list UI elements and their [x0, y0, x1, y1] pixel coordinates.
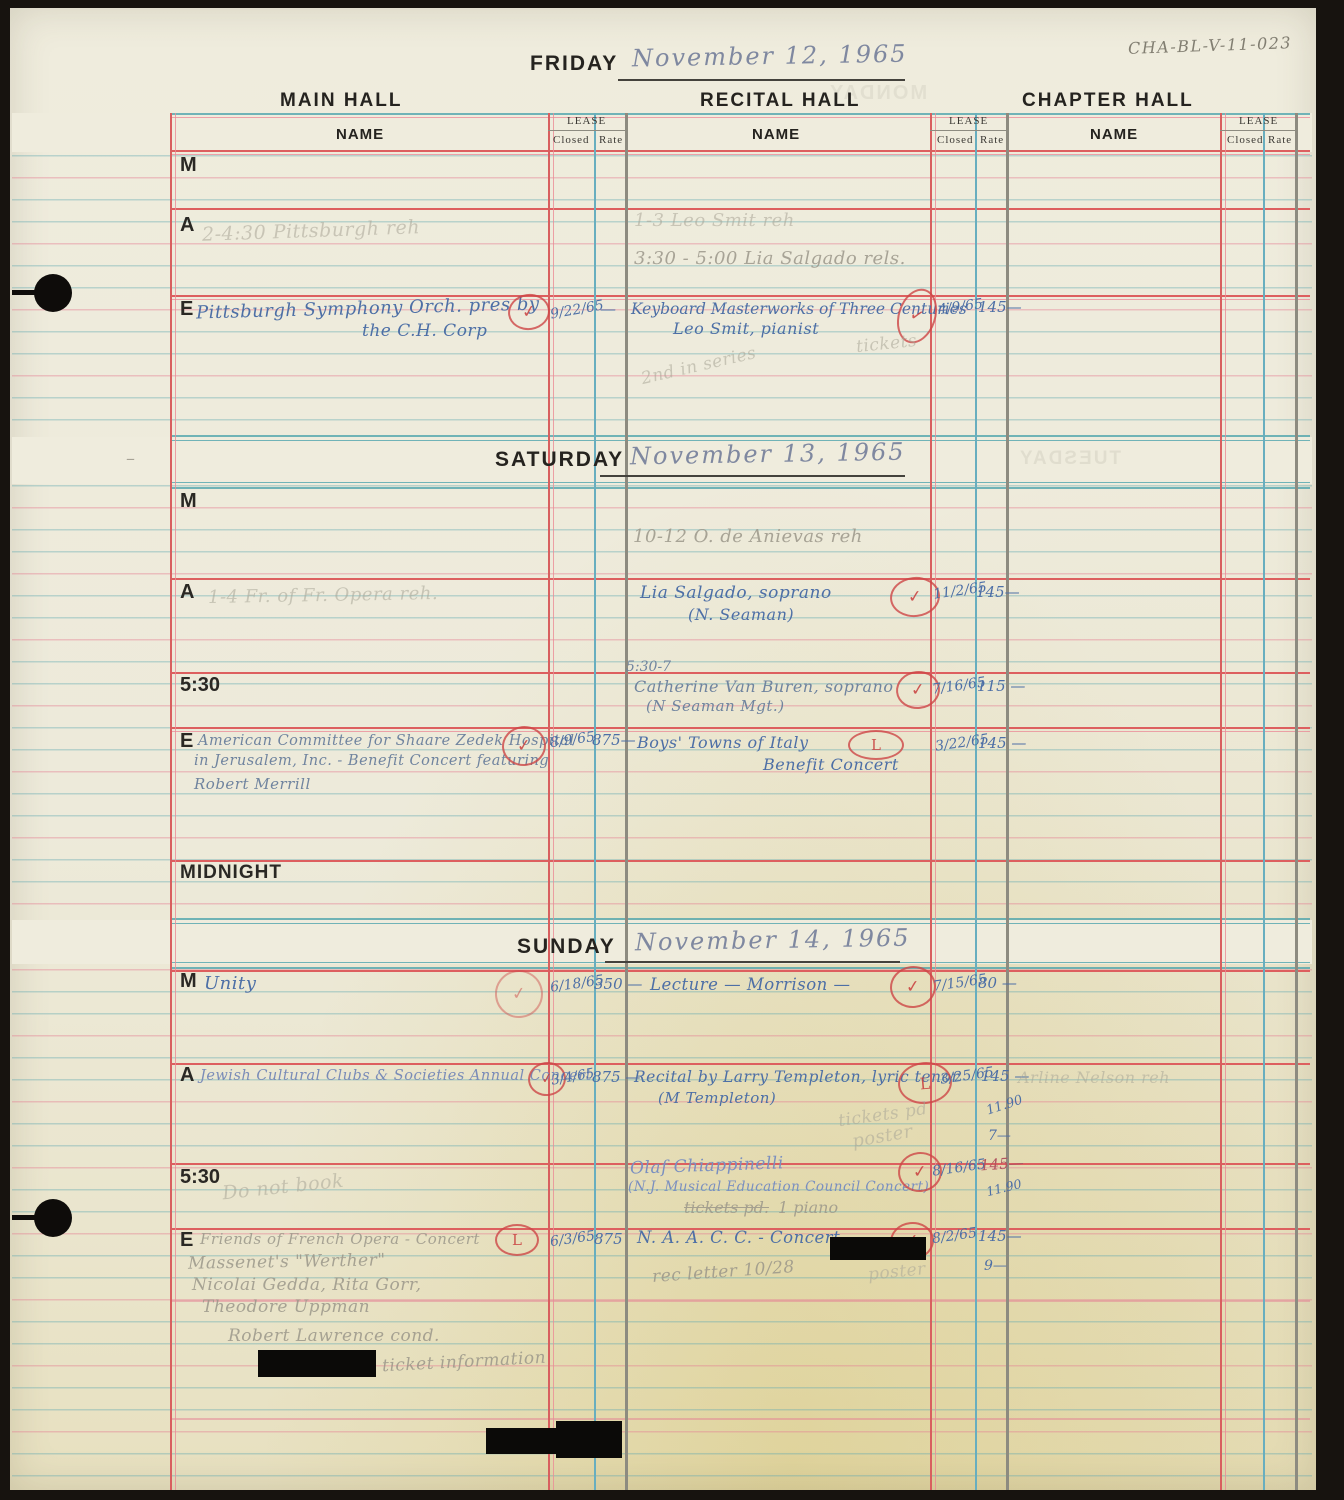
line: [170, 672, 1310, 674]
date-sunday: November 14, 1965: [635, 924, 911, 957]
amount: 9—: [984, 1258, 1007, 1274]
entry-saturday-recital-late: Catherine Van Buren, soprano: [634, 677, 894, 696]
row-label-e: E: [180, 730, 193, 753]
line: [170, 1418, 1310, 1420]
hall-header-chapter: CHAPTER HALL: [1022, 90, 1194, 112]
date-saturday: November 13, 1965: [630, 438, 906, 471]
note-struck: tickets pd.: [684, 1198, 769, 1217]
row-label-e: E: [180, 298, 193, 321]
line: [170, 578, 1310, 580]
column-line: [594, 113, 596, 1490]
entry-sunday-chapter-a: Arline Nelson reh: [1018, 1068, 1170, 1087]
rate-sunday-recital-late: 145—: [979, 1153, 1024, 1174]
hole-punch-tear: [12, 1215, 38, 1220]
entry-sunday-main-m: Unity: [204, 973, 256, 994]
closed-header-chapter: Closed: [1227, 134, 1264, 146]
redaction-box: [556, 1421, 622, 1458]
closed-header-recital: Closed: [937, 134, 974, 146]
line: [170, 117, 1310, 118]
row-label-a: A: [180, 581, 194, 604]
entry-saturday-recital-late-time: 5:30-7: [626, 659, 671, 675]
line: [170, 113, 1310, 115]
line: [170, 727, 1310, 729]
amount: 7—: [988, 1128, 1011, 1144]
day-label-sunday: SUNDAY: [517, 935, 616, 959]
col-name-recital: NAME: [752, 126, 800, 143]
date-friday: November 12, 1965: [632, 40, 908, 73]
check-glyph: ✓: [511, 983, 528, 1005]
rate-saturday-recital-a: 145—: [976, 583, 1020, 601]
line: [170, 154, 1310, 155]
check-glyph: ✓: [516, 735, 532, 756]
entry-sunday-main-e3: Nicolai Gedda, Rita Gorr,: [192, 1275, 422, 1295]
rate-saturday-main-e: 875—: [592, 731, 636, 749]
column-line: [170, 113, 172, 1490]
column-line: [548, 113, 550, 1490]
hall-header-main: MAIN HALL: [280, 90, 402, 112]
line: [170, 435, 1310, 437]
line: [170, 295, 1310, 297]
line: [170, 487, 1310, 489]
lease-underline: [1220, 130, 1295, 131]
entry-sunday-recital-m: Lecture — Morrison —: [650, 975, 851, 994]
lease-underline: [548, 130, 625, 131]
date-underline: [605, 961, 900, 963]
redaction-box: [830, 1237, 926, 1260]
entry-saturday-recital-late2: (N Seaman Mgt.): [646, 697, 785, 715]
row-label-530: 5:30: [180, 674, 220, 697]
hole-punch-tear: [12, 290, 38, 295]
line: [170, 967, 1310, 969]
lease-glyph: L: [871, 736, 881, 754]
entry-friday-recital-e2: Leo Smit, pianist: [673, 319, 819, 338]
check-glyph: ✓: [905, 976, 921, 997]
entry-sunday-main-e4: Theodore Uppman: [202, 1297, 370, 1317]
line: [170, 923, 1310, 924]
line: [170, 731, 1310, 732]
entry-saturday-recital-m: 10-12 O. de Anievas reh: [633, 526, 863, 547]
check-glyph: ✓: [912, 1161, 928, 1182]
rate-sunday-recital-e: 145—: [978, 1227, 1022, 1245]
row-label-a: A: [180, 214, 194, 237]
column-line: [1263, 113, 1265, 1490]
hole-punch: [34, 274, 72, 312]
line: [170, 860, 1310, 862]
check-glyph: ✓: [907, 304, 927, 327]
row-label-m: M: [180, 490, 197, 513]
lease-header-recital: LEASE: [949, 115, 988, 127]
row-label-midnight: MIDNIGHT: [180, 862, 282, 884]
column-line: [175, 113, 176, 1490]
section-divider: [1295, 113, 1298, 1490]
scanned-ledger-page: MONDAY TUESDAY CHA-BL-V-11-023 FRIDAY No…: [0, 0, 1344, 1500]
entry-friday-recital-a2: 3:30 - 5:00 Lia Salgado rels.: [634, 248, 906, 269]
date-underline: [618, 79, 905, 81]
col-name-main: NAME: [336, 126, 384, 143]
line: [170, 970, 1310, 972]
row-label-e: E: [180, 1229, 193, 1252]
rate-sunday-recital-m: 80 —: [978, 974, 1017, 992]
line: [170, 918, 1310, 920]
entry-sunday-recital-a2: (M Templeton): [658, 1089, 776, 1107]
rate-friday-main-e: —: [600, 299, 616, 318]
entry-saturday-recital-e: Boys' Towns of Italy: [637, 733, 809, 752]
entry-sunday-main-e5: Robert Lawrence cond.: [228, 1326, 440, 1346]
redaction-box: [486, 1428, 556, 1454]
redaction-box: [258, 1350, 376, 1377]
section-divider: [1006, 113, 1009, 1490]
check-glyph: ✓: [910, 679, 926, 700]
col-name-chapter: NAME: [1090, 126, 1138, 143]
rate-header-chapter: Rate: [1268, 134, 1292, 146]
column-line: [1225, 113, 1226, 1490]
hall-header-recital: RECITAL HALL: [700, 90, 861, 112]
check-glyph: ✓: [907, 586, 923, 607]
day-label-saturday: SATURDAY: [495, 448, 624, 472]
row-label-m: M: [180, 970, 197, 993]
day-label-friday: FRIDAY: [530, 52, 618, 76]
hole-punch: [34, 1199, 72, 1237]
entry-saturday-recital-a2: (N. Seaman): [688, 605, 794, 624]
row-label-a: A: [180, 1064, 194, 1087]
column-line: [975, 113, 977, 1490]
lease-glyph: L: [512, 1231, 522, 1249]
note-piano: 1 piano: [778, 1198, 838, 1217]
line: [170, 482, 1310, 483]
entry-friday-main-e2: the C.H. Corp: [362, 321, 487, 341]
lease-glyph: L: [919, 1073, 931, 1093]
date-underline: [600, 475, 905, 477]
lease-underline: [930, 130, 1006, 131]
line: [170, 1063, 1310, 1065]
entry-saturday-main-a: 1-4 Fr. of Fr. Opera reh.: [208, 583, 438, 608]
lease-header-chapter: LEASE: [1239, 115, 1278, 127]
entry-sunday-recital-late2: (N.J. Musical Education Council Concert): [628, 1179, 929, 1195]
margin-dash: –: [126, 448, 135, 469]
entry-saturday-recital-a: Lia Salgado, soprano: [640, 583, 832, 603]
entry-sunday-main-e: Friends of French Opera - Concert: [200, 1230, 480, 1248]
rate-friday-recital-e: 145—: [978, 298, 1022, 316]
ghost-bleed-text: TUESDAY: [1018, 448, 1121, 470]
closed-header-main: Closed: [553, 134, 590, 146]
line: [170, 150, 1310, 152]
rate-saturday-recital-e: 145 —: [978, 734, 1026, 752]
rate-header-recital: Rate: [980, 134, 1004, 146]
rate-saturday-recital-late: 115 —: [977, 677, 1025, 695]
rate-sunday-main-e: 875: [594, 1230, 623, 1248]
rate-header-main: Rate: [599, 134, 623, 146]
lease-check-icon: L: [848, 730, 904, 760]
entry-sunday-main-e2: Massenet's "Werther": [188, 1250, 386, 1273]
entry-friday-recital-a1: 1-3 Leo Smit reh: [634, 210, 795, 231]
row-label-530: 5:30: [180, 1166, 220, 1189]
section-divider: [625, 113, 628, 1490]
column-line: [1220, 113, 1222, 1490]
entry-sunday-recital-e: N. A. A. C. C. - Concert: [637, 1228, 840, 1247]
lease-check-icon: L: [495, 1224, 539, 1256]
entry-saturday-main-e2: in Jerusalem, Inc. - Benefit Concert fea…: [194, 753, 549, 769]
row-label-m: M: [180, 154, 197, 177]
entry-saturday-main-e3: Robert Merrill: [194, 775, 311, 793]
lease-header-main: LEASE: [567, 115, 606, 127]
rate-sunday-main-m: 350 —: [594, 975, 642, 993]
check-glyph: ✓: [521, 301, 538, 323]
